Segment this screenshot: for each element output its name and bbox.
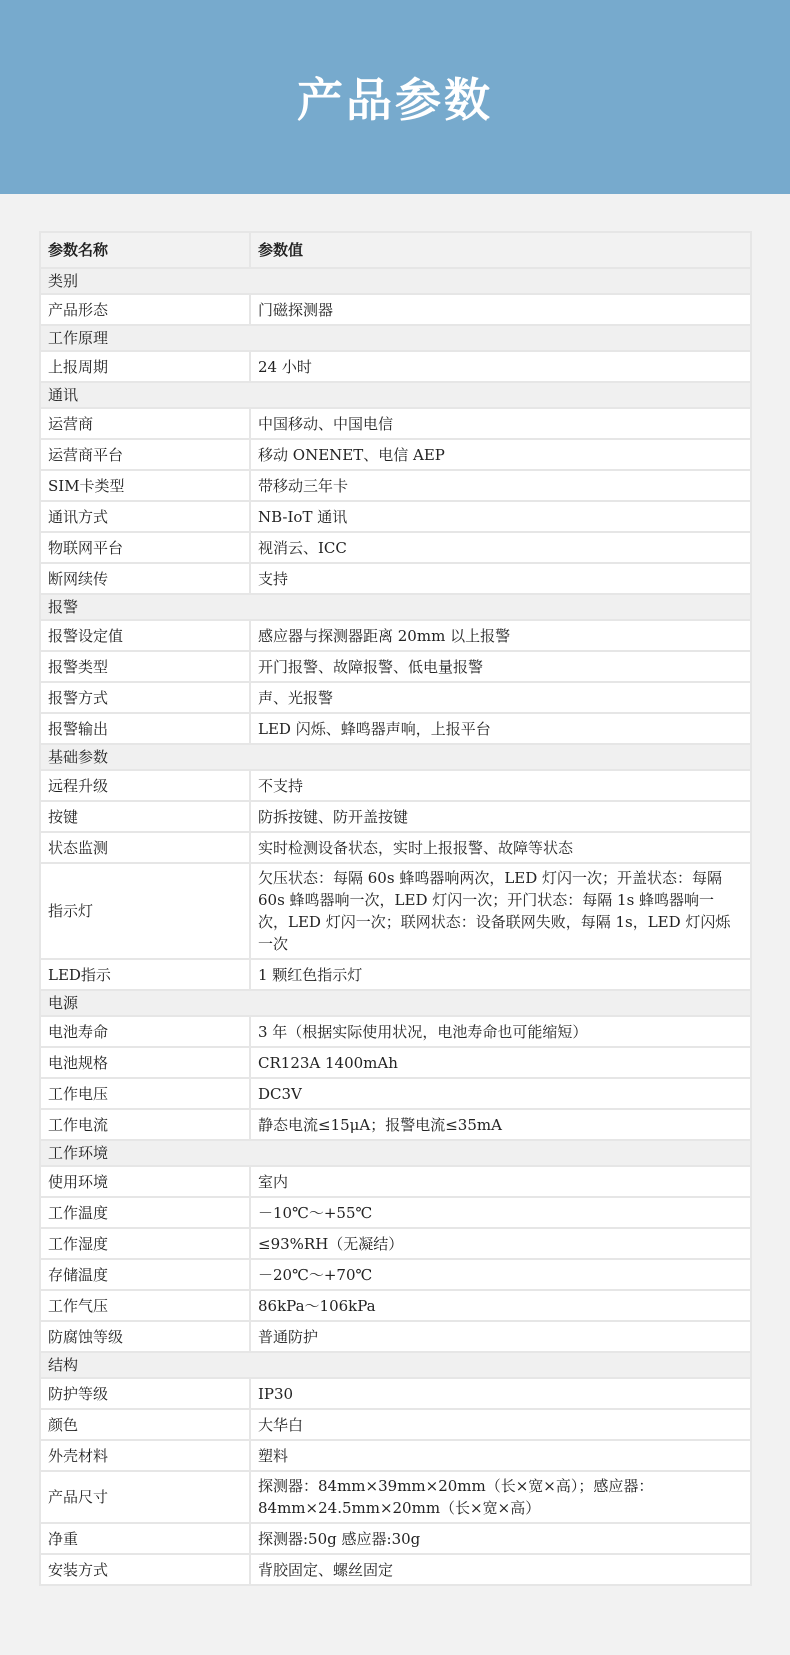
param-name: 安装方式	[40, 1554, 250, 1585]
table-row: 远程升级不支持	[40, 770, 751, 801]
section-label: 类别	[40, 268, 751, 294]
table-row: 存储温度－20℃～+70℃	[40, 1259, 751, 1290]
param-value: 感应器与探测器距离 20mm 以上报警	[250, 620, 751, 651]
param-value: 支持	[250, 563, 751, 594]
table-body: 类别产品形态门磁探测器工作原理上报周期24 小时通讯运营商中国移动、中国电信运营…	[40, 268, 751, 1585]
param-name: 远程升级	[40, 770, 250, 801]
param-value: 86kPa～106kPa	[250, 1290, 751, 1321]
param-name: 报警类型	[40, 651, 250, 682]
param-name: LED指示	[40, 959, 250, 990]
table-row: 净重探测器:50g 感应器:30g	[40, 1523, 751, 1554]
table-row: 工作电压DC3V	[40, 1078, 751, 1109]
param-value: 门磁探测器	[250, 294, 751, 325]
param-name: 按键	[40, 801, 250, 832]
param-value: 欠压状态：每隔 60s 蜂鸣器响两次，LED 灯闪一次；开盖状态：每隔 60s …	[250, 863, 751, 959]
param-name: 断网续传	[40, 563, 250, 594]
param-name: 产品形态	[40, 294, 250, 325]
param-name: 指示灯	[40, 863, 250, 959]
table-row: 电池规格CR123A 1400mAh	[40, 1047, 751, 1078]
table-row: 使用环境室内	[40, 1166, 751, 1197]
table-row: 报警输出LED 闪烁、蜂鸣器声响，上报平台	[40, 713, 751, 744]
param-name: 外壳材料	[40, 1440, 250, 1471]
section-row: 电源	[40, 990, 751, 1016]
table-row: 断网续传支持	[40, 563, 751, 594]
param-name: 颜色	[40, 1409, 250, 1440]
table-row: 状态监测实时检测设备状态，实时上报报警、故障等状态	[40, 832, 751, 863]
param-value: ≤93%RH（无凝结）	[250, 1228, 751, 1259]
content: 参数名称 参数值 类别产品形态门磁探测器工作原理上报周期24 小时通讯运营商中国…	[0, 194, 790, 1631]
param-name: 运营商平台	[40, 439, 250, 470]
param-name: 物联网平台	[40, 532, 250, 563]
page-title: 产品参数	[297, 64, 493, 130]
param-name: 报警输出	[40, 713, 250, 744]
table-row: 指示灯欠压状态：每隔 60s 蜂鸣器响两次，LED 灯闪一次；开盖状态：每隔 6…	[40, 863, 751, 959]
param-value: 1 颗红色指示灯	[250, 959, 751, 990]
param-value: 室内	[250, 1166, 751, 1197]
param-name: 报警方式	[40, 682, 250, 713]
section-row: 报警	[40, 594, 751, 620]
param-name: 工作电流	[40, 1109, 250, 1140]
table-row: 颜色大华白	[40, 1409, 751, 1440]
section-label: 报警	[40, 594, 751, 620]
table-row: 上报周期24 小时	[40, 351, 751, 382]
table-row: 工作湿度≤93%RH（无凝结）	[40, 1228, 751, 1259]
table-row: 物联网平台视消云、ICC	[40, 532, 751, 563]
param-value: 实时检测设备状态，实时上报报警、故障等状态	[250, 832, 751, 863]
param-name: 状态监测	[40, 832, 250, 863]
section-label: 结构	[40, 1352, 751, 1378]
param-name: SIM卡类型	[40, 470, 250, 501]
param-value: LED 闪烁、蜂鸣器声响，上报平台	[250, 713, 751, 744]
table-row: 通讯方式NB-IoT 通讯	[40, 501, 751, 532]
table-row: 运营商中国移动、中国电信	[40, 408, 751, 439]
param-value: －20℃～+70℃	[250, 1259, 751, 1290]
table-row: 工作温度－10℃～+55℃	[40, 1197, 751, 1228]
section-row: 类别	[40, 268, 751, 294]
param-value: DC3V	[250, 1078, 751, 1109]
param-value: －10℃～+55℃	[250, 1197, 751, 1228]
param-value: 声、光报警	[250, 682, 751, 713]
param-name: 工作温度	[40, 1197, 250, 1228]
param-name: 报警设定值	[40, 620, 250, 651]
table-row: 运营商平台移动 ONENET、电信 AEP	[40, 439, 751, 470]
param-name: 上报周期	[40, 351, 250, 382]
table-row: LED指示1 颗红色指示灯	[40, 959, 751, 990]
section-label: 基础参数	[40, 744, 751, 770]
param-value: 背胶固定、螺丝固定	[250, 1554, 751, 1585]
param-name: 工作气压	[40, 1290, 250, 1321]
param-value: 静态电流≤15μA；报警电流≤35mA	[250, 1109, 751, 1140]
section-row: 通讯	[40, 382, 751, 408]
param-name: 使用环境	[40, 1166, 250, 1197]
param-name: 通讯方式	[40, 501, 250, 532]
param-value: IP30	[250, 1378, 751, 1409]
param-value: 塑料	[250, 1440, 751, 1471]
param-name: 电池寿命	[40, 1016, 250, 1047]
param-name: 防腐蚀等级	[40, 1321, 250, 1352]
param-name: 运营商	[40, 408, 250, 439]
param-value: 开门报警、故障报警、低电量报警	[250, 651, 751, 682]
table-row: 工作气压86kPa～106kPa	[40, 1290, 751, 1321]
param-value: 防拆按键、防开盖按键	[250, 801, 751, 832]
section-label: 电源	[40, 990, 751, 1016]
table-row: 报警设定值感应器与探测器距离 20mm 以上报警	[40, 620, 751, 651]
table-row: 防护等级IP30	[40, 1378, 751, 1409]
table-header-row: 参数名称 参数值	[40, 232, 751, 268]
table-row: 报警类型开门报警、故障报警、低电量报警	[40, 651, 751, 682]
header-banner: 产品参数	[0, 0, 790, 194]
table-row: 安装方式背胶固定、螺丝固定	[40, 1554, 751, 1585]
table-row: 外壳材料塑料	[40, 1440, 751, 1471]
param-value: NB-IoT 通讯	[250, 501, 751, 532]
param-name: 防护等级	[40, 1378, 250, 1409]
section-label: 工作原理	[40, 325, 751, 351]
section-label: 工作环境	[40, 1140, 751, 1166]
param-value: 带移动三年卡	[250, 470, 751, 501]
param-value: 大华白	[250, 1409, 751, 1440]
param-name: 工作湿度	[40, 1228, 250, 1259]
param-name: 净重	[40, 1523, 250, 1554]
param-value: 不支持	[250, 770, 751, 801]
section-row: 工作环境	[40, 1140, 751, 1166]
param-name: 产品尺寸	[40, 1471, 250, 1523]
section-row: 基础参数	[40, 744, 751, 770]
param-value: 探测器:50g 感应器:30g	[250, 1523, 751, 1554]
table-row: 防腐蚀等级普通防护	[40, 1321, 751, 1352]
spec-table: 参数名称 参数值 类别产品形态门磁探测器工作原理上报周期24 小时通讯运营商中国…	[39, 231, 752, 1586]
param-value: 3 年（根据实际使用状况，电池寿命也可能缩短）	[250, 1016, 751, 1047]
param-name: 电池规格	[40, 1047, 250, 1078]
param-value: 移动 ONENET、电信 AEP	[250, 439, 751, 470]
table-row: 产品形态门磁探测器	[40, 294, 751, 325]
table-row: 产品尺寸探测器：84mm×39mm×20mm（长×宽×高）；感应器：84mm×2…	[40, 1471, 751, 1523]
param-value: 视消云、ICC	[250, 532, 751, 563]
param-value: CR123A 1400mAh	[250, 1047, 751, 1078]
param-value: 24 小时	[250, 351, 751, 382]
table-row: SIM卡类型带移动三年卡	[40, 470, 751, 501]
section-row: 结构	[40, 1352, 751, 1378]
param-value: 普通防护	[250, 1321, 751, 1352]
section-label: 通讯	[40, 382, 751, 408]
param-name: 存储温度	[40, 1259, 250, 1290]
table-row: 工作电流静态电流≤15μA；报警电流≤35mA	[40, 1109, 751, 1140]
column-header-name: 参数名称	[40, 232, 250, 268]
param-value: 中国移动、中国电信	[250, 408, 751, 439]
section-row: 工作原理	[40, 325, 751, 351]
table-row: 电池寿命3 年（根据实际使用状况，电池寿命也可能缩短）	[40, 1016, 751, 1047]
param-name: 工作电压	[40, 1078, 250, 1109]
param-value: 探测器：84mm×39mm×20mm（长×宽×高）；感应器：84mm×24.5m…	[250, 1471, 751, 1523]
table-row: 按键防拆按键、防开盖按键	[40, 801, 751, 832]
column-header-value: 参数值	[250, 232, 751, 268]
table-row: 报警方式声、光报警	[40, 682, 751, 713]
